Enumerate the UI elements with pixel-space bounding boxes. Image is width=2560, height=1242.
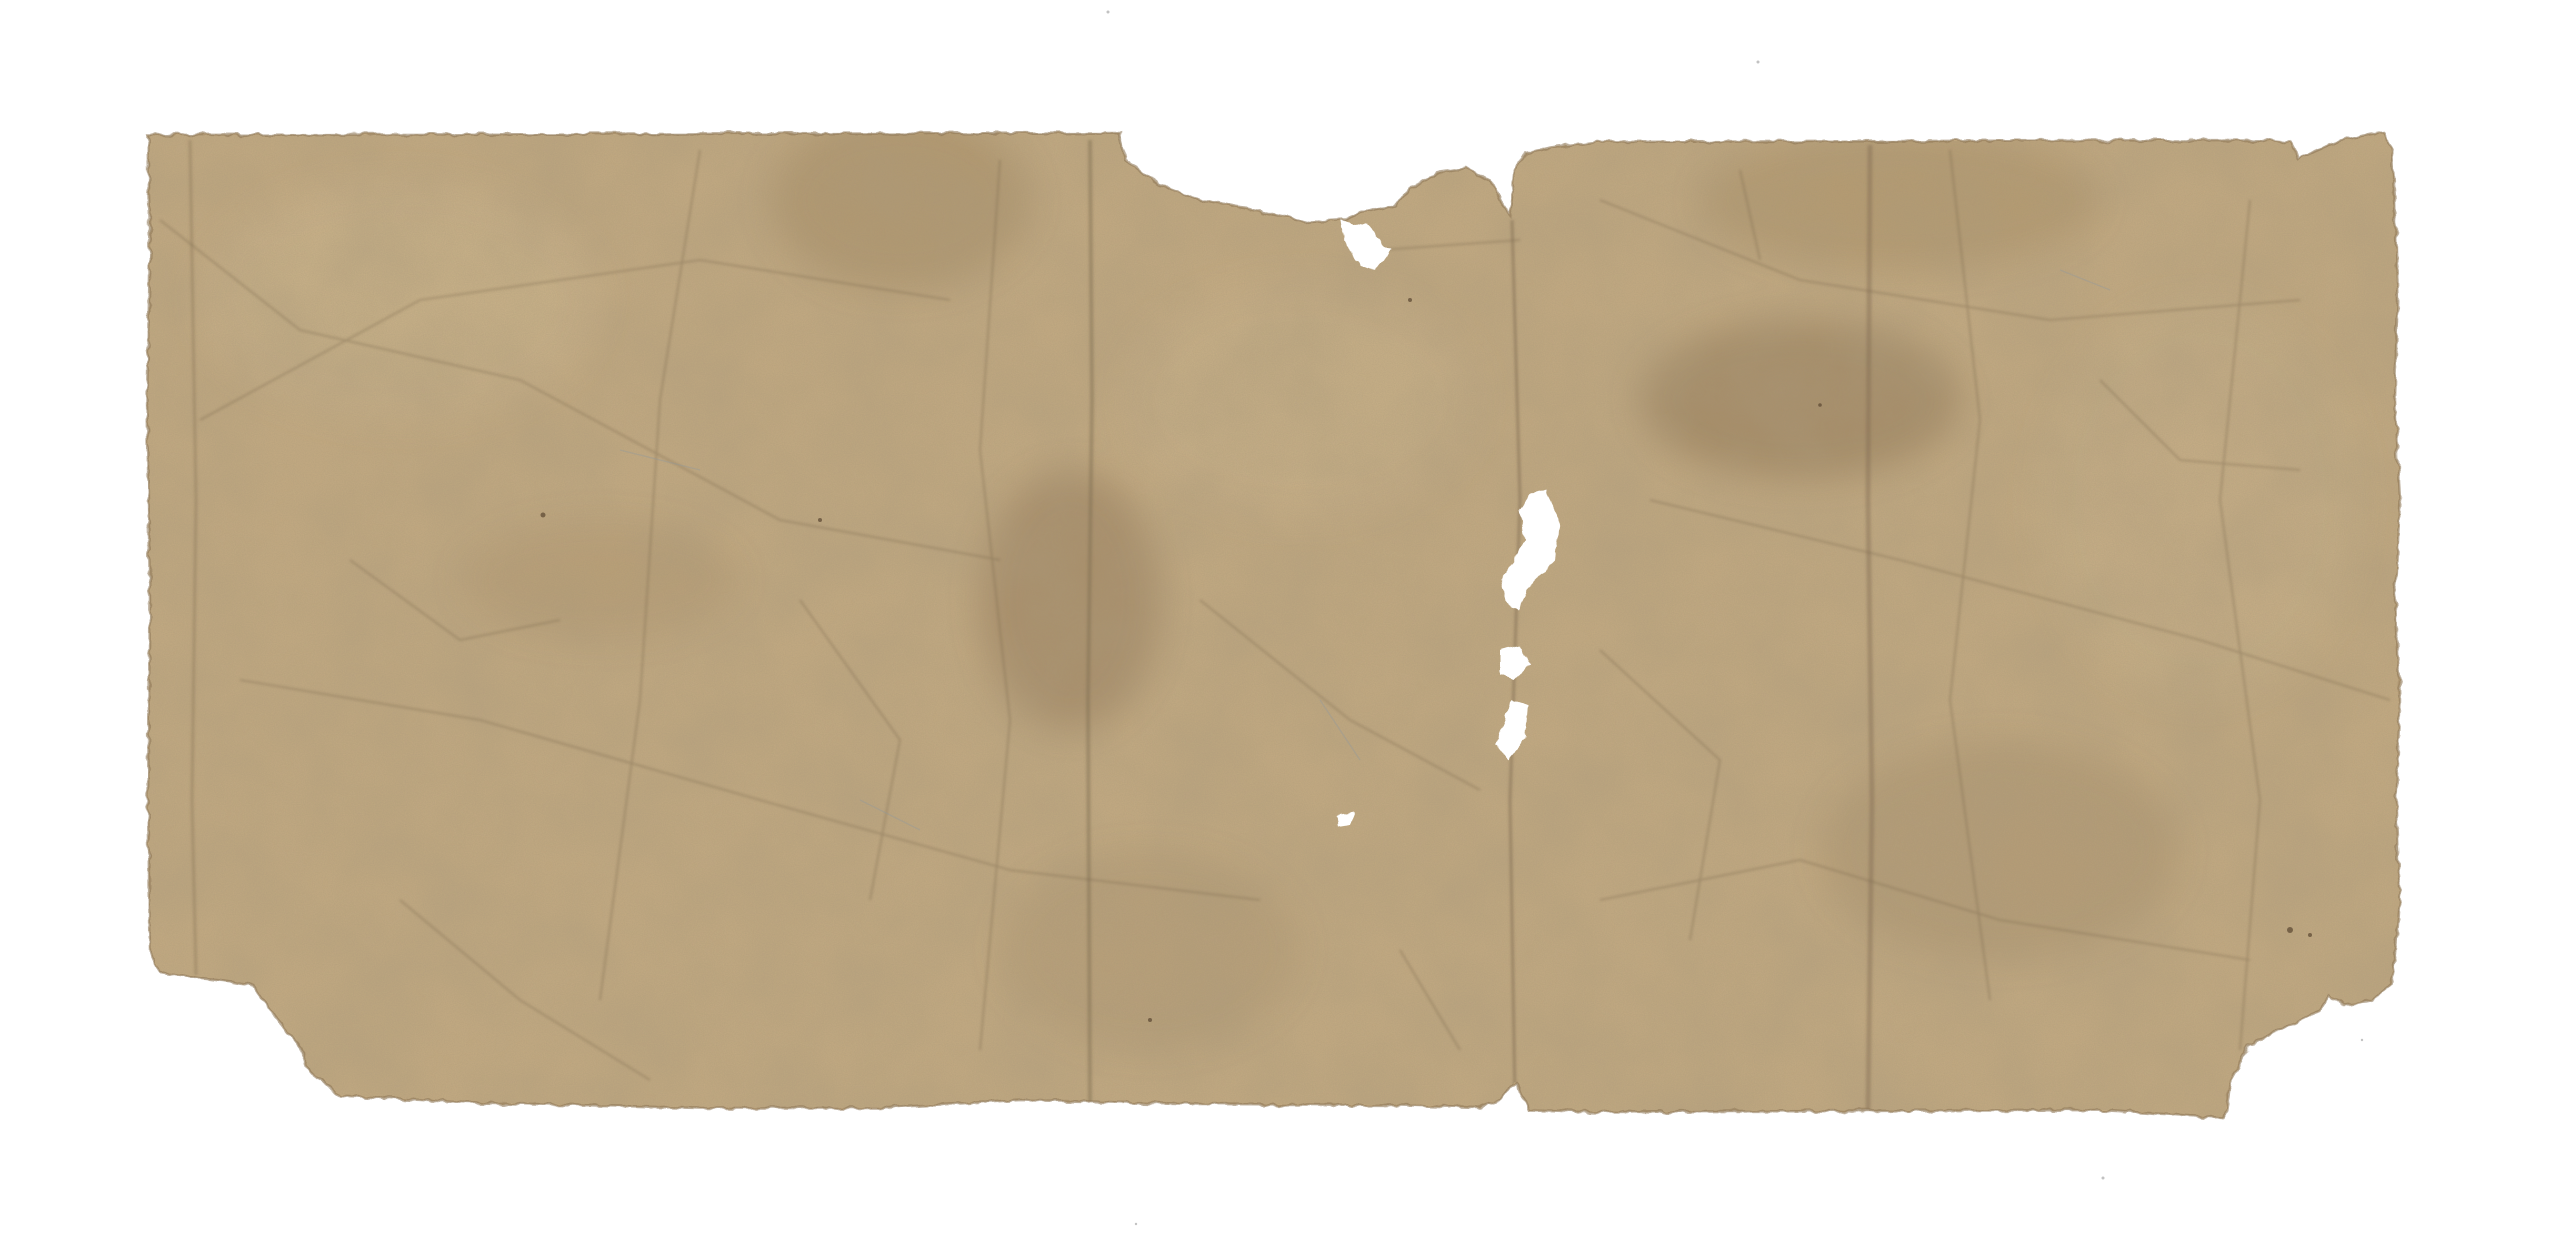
photo-scene: Worn, torn sheet of aged paper (reverse … [0,0,2560,1242]
paper-surface [0,0,2560,1242]
aged-paper-photo [0,0,2560,1242]
